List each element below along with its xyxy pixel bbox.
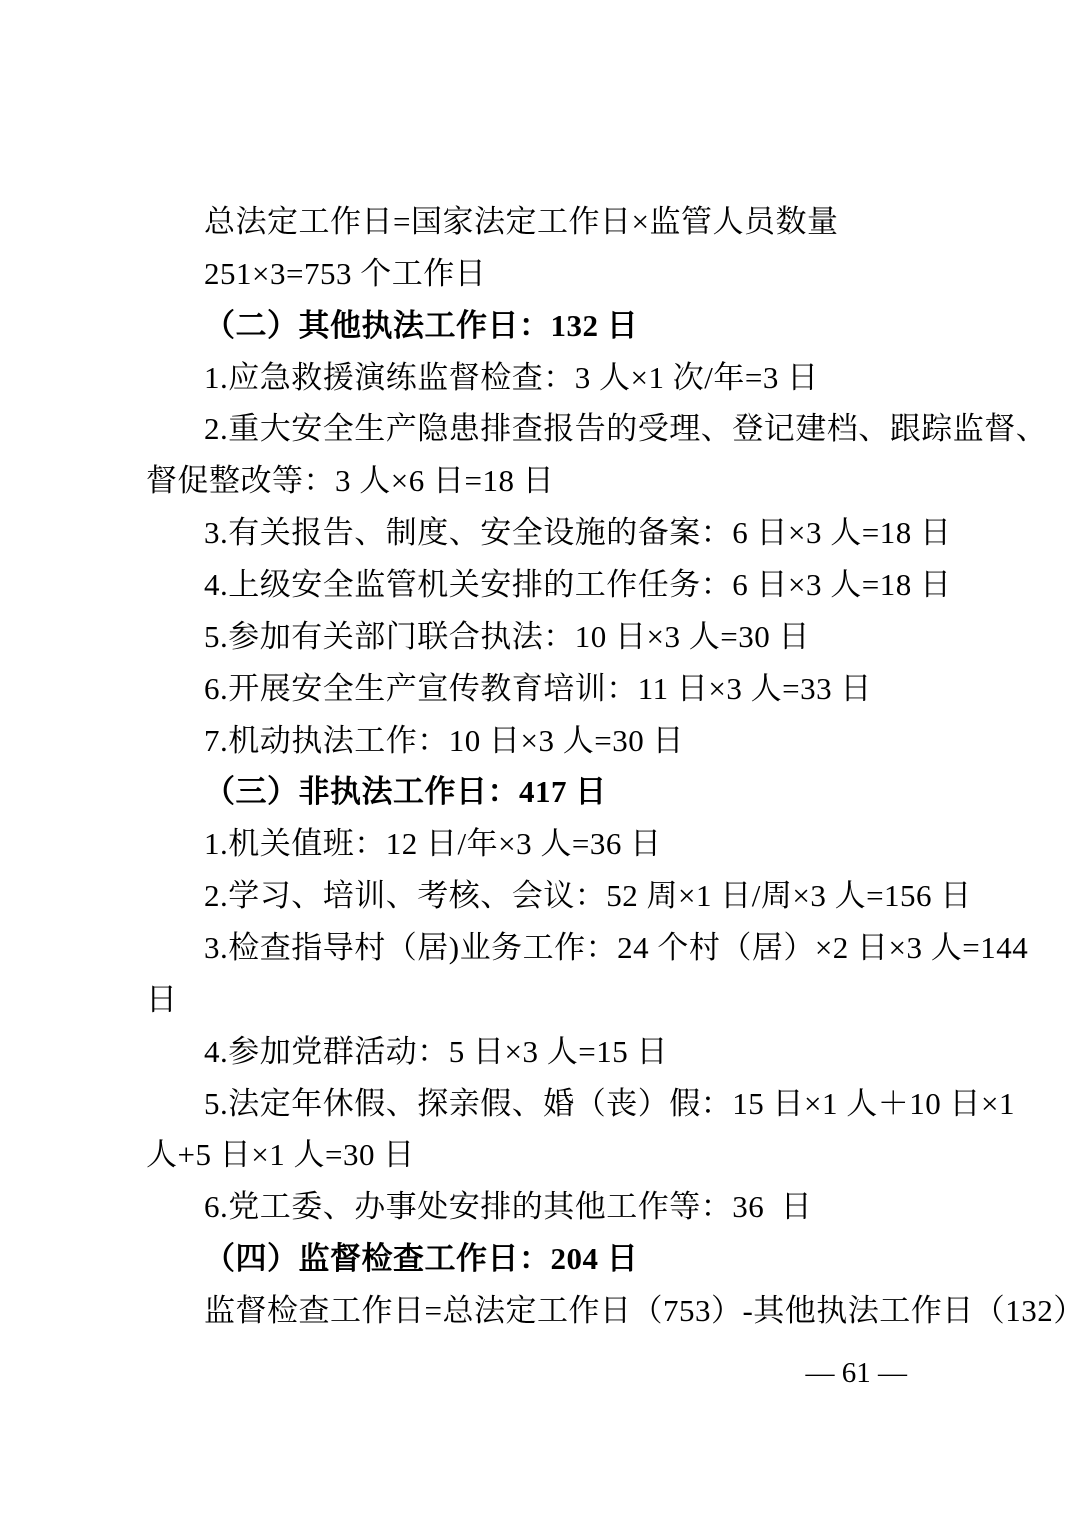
doc-line-item2-s3: 2.学习、培训、考核、会议：52 周×1 日/周×3 人=156 日 xyxy=(146,870,1006,922)
doc-line-item3-s3-a: 3.检查指导村（居)业务工作：24 个村（居）×2 日×3 人=144 xyxy=(146,922,1006,974)
page-number: — 61 — xyxy=(806,1352,908,1394)
section-heading-4: （四）监督检查工作日：204 日 xyxy=(146,1233,1006,1285)
doc-line-item2-a: 2.重大安全生产隐患排查报告的受理、登记建档、跟踪监督、 xyxy=(146,403,1006,455)
document-body: 总法定工作日=国家法定工作日×监管人员数量 251×3=753 个工作日 （二）… xyxy=(146,196,1006,1337)
doc-line-calc-total: 251×3=753 个工作日 xyxy=(146,248,1006,300)
doc-line-formula-check: 监督检查工作日=总法定工作日（753）-其他执法工作日（132） xyxy=(146,1285,1006,1337)
doc-line-item2-b: 督促整改等：3 人×6 日=18 日 xyxy=(146,455,1006,507)
doc-line-item1-s3: 1.机关值班：12 日/年×3 人=36 日 xyxy=(146,818,1006,870)
doc-line-item6-s3: 6.党工委、办事处安排的其他工作等：36 日 xyxy=(146,1181,1006,1233)
doc-line-item1: 1.应急救援演练监督检查：3 人×1 次/年=3 日 xyxy=(146,352,1006,404)
doc-line-item4-s3: 4.参加党群活动：5 日×3 人=15 日 xyxy=(146,1026,1006,1078)
section-heading-3: （三）非执法工作日：417 日 xyxy=(146,766,1006,818)
section-heading-2: （二）其他执法工作日：132 日 xyxy=(146,300,1006,352)
doc-line-item4: 4.上级安全监管机关安排的工作任务：6 日×3 人=18 日 xyxy=(146,559,1006,611)
document-page: 总法定工作日=国家法定工作日×监管人员数量 251×3=753 个工作日 （二）… xyxy=(0,0,1075,1520)
doc-line-item5: 5.参加有关部门联合执法：10 日×3 人=30 日 xyxy=(146,611,1006,663)
doc-line-item5-s3-b: 人+5 日×1 人=30 日 xyxy=(146,1129,1006,1181)
doc-line-item3-s3-b: 日 xyxy=(146,974,1006,1026)
doc-line-formula-total: 总法定工作日=国家法定工作日×监管人员数量 xyxy=(146,196,1006,248)
doc-line-item6: 6.开展安全生产宣传教育培训：11 日×3 人=33 日 xyxy=(146,663,1006,715)
doc-line-item5-s3-a: 5.法定年休假、探亲假、婚（丧）假：15 日×1 人＋10 日×1 xyxy=(146,1078,1006,1130)
doc-line-item3: 3.有关报告、制度、安全设施的备案：6 日×3 人=18 日 xyxy=(146,507,1006,559)
doc-line-item7: 7.机动执法工作：10 日×3 人=30 日 xyxy=(146,715,1006,767)
